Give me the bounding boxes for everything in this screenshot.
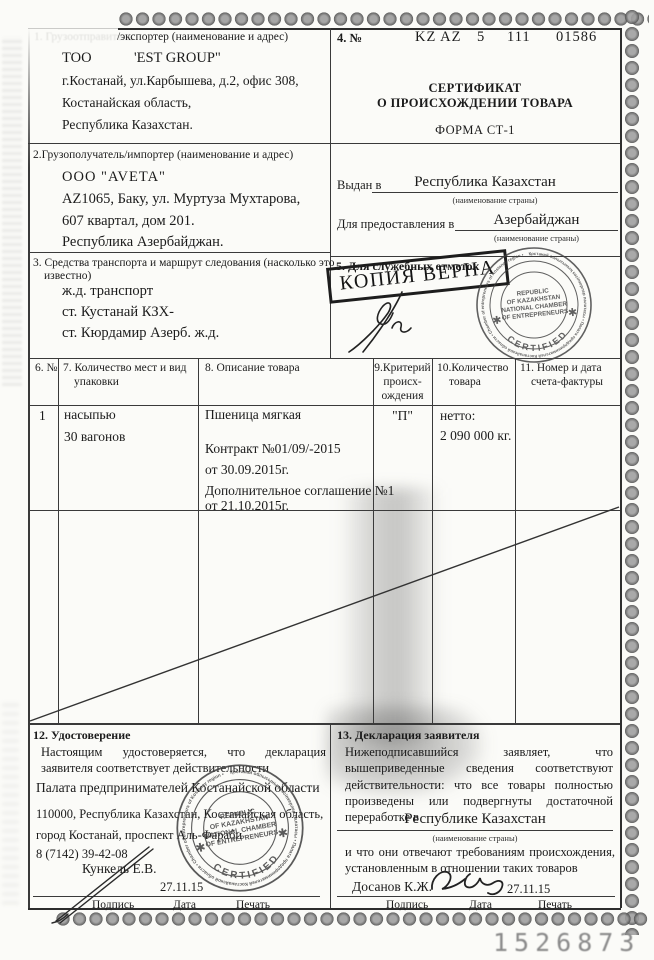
consignee-label: 2.Грузополучатель/импортер (наименование… xyxy=(33,149,293,163)
section-line xyxy=(330,28,331,358)
border-line xyxy=(118,28,621,30)
declaration-date: 27.11.15 xyxy=(507,882,550,897)
exporter-name: 'ЕST GROUP" xyxy=(134,50,221,67)
section-line xyxy=(28,723,621,725)
cert-number: 111 xyxy=(507,29,531,46)
row-packaging: насыпью xyxy=(64,407,116,423)
table-column-line xyxy=(58,358,59,723)
provided-to-value: Азербайджан xyxy=(455,212,618,229)
diagonal-strike-line xyxy=(30,507,619,721)
form-name: ФОРМА СТ-1 xyxy=(330,123,620,138)
exporter-address: г.Костанай, ул.Карбышева, д.2, офис 308, xyxy=(62,73,299,89)
col-header-9: происх- xyxy=(373,376,432,390)
exporter-address: Костанайская область, xyxy=(62,95,191,111)
signature-caption: Подпись xyxy=(386,899,428,913)
table-column-line xyxy=(198,358,199,723)
consignee-address: Республика Азербайджан. xyxy=(62,234,224,251)
row-packaging: 30 вагонов xyxy=(64,429,125,445)
declaration-person: Досанов К.Ж. xyxy=(352,879,432,895)
exporter-name: ТОО xyxy=(62,50,92,67)
underline xyxy=(372,192,618,193)
col-header-11: счета-фактуры xyxy=(531,376,603,390)
row-quantity: 2 090 000 кг. xyxy=(440,428,511,444)
underline xyxy=(455,230,618,231)
country-hint: (наименование страны) xyxy=(337,833,613,843)
provided-to-label: Для предоставления в xyxy=(337,217,454,232)
serial-number: 1526873 xyxy=(493,928,640,957)
consignee-address: AZ1065, Баку, ул. Муртуза Мухтарова, xyxy=(62,191,300,208)
row-description: Дополнительное соглашение №1 xyxy=(205,483,394,499)
chamber-round-stamp xyxy=(464,235,604,375)
scan-edge-artifact xyxy=(2,700,19,905)
transport-label: 3. Средства транспорта и маршрут следова… xyxy=(33,257,334,271)
consignee-address: 607 квартал, дом 201. xyxy=(62,213,195,230)
declaration-country: Республике Казахстан xyxy=(337,811,613,828)
country-hint: (наименование страны) xyxy=(372,195,618,205)
document-title: СЕРТИФИКАТ xyxy=(330,81,620,96)
row-description: от 30.09.2015г. xyxy=(205,462,289,478)
section-line xyxy=(28,143,621,144)
row-origin-criterion: "П" xyxy=(373,408,432,424)
row-description: Пшеница мягкая xyxy=(205,407,301,423)
underline xyxy=(337,830,613,831)
scan-smudge xyxy=(338,488,442,740)
table-column-line xyxy=(432,358,433,723)
section-line xyxy=(28,252,330,253)
row-number: 1 xyxy=(39,408,46,424)
exporter-label: /экспортер (наименование и адрес) xyxy=(117,31,288,45)
consignee-name: ООО "AVETA" xyxy=(62,169,166,186)
col-header-8: 8. Описание товара xyxy=(205,362,300,376)
certificate-of-origin-scan: 1. Грузоотправитель /экспортер (наименов… xyxy=(0,0,654,960)
border-line xyxy=(28,28,120,29)
col-header-7: упаковки xyxy=(74,376,119,390)
chamber-round-stamp xyxy=(164,752,316,904)
certification-phone: 8 (7142) 39-42-08 xyxy=(36,847,128,862)
security-border-right xyxy=(621,9,647,935)
transport-route: ст. Кустанай КЗХ- xyxy=(62,304,174,321)
table-line xyxy=(28,510,621,511)
scan-edge-artifact xyxy=(2,36,22,386)
cert-number: 01586 xyxy=(556,29,597,46)
cert-number: 5 xyxy=(477,29,484,46)
table-column-line xyxy=(515,358,516,723)
row-quantity: нетто: xyxy=(440,408,475,424)
issued-in-value: Республика Казахстан xyxy=(372,174,598,191)
col-header-9: ождения xyxy=(373,390,432,404)
declaration-paragraph2: и что они отвечают требованиям происхожд… xyxy=(345,845,615,876)
row-description: от 21.10.2015г. xyxy=(205,498,289,514)
transport-route: ж.д. транспорт xyxy=(62,283,153,300)
transport-label: известно) xyxy=(44,270,91,284)
col-header-10: товара xyxy=(449,376,481,390)
service-marks-signature xyxy=(349,292,411,352)
declaration-label: 13. Декларация заявителя xyxy=(337,728,480,743)
col-header-9: 9.Критерий xyxy=(373,362,432,376)
cert-number: KZ AZ xyxy=(415,29,461,46)
col-header-7: 7. Количество мест и вид xyxy=(63,362,187,376)
border-line xyxy=(28,28,30,908)
document-title: О ПРОИСХОЖДЕНИИ ТОВАРА xyxy=(330,96,620,111)
signature-caption: Подпись xyxy=(92,899,134,913)
section-line xyxy=(330,723,331,908)
col-header-6: 6. № xyxy=(35,362,57,376)
seal-caption: Печать xyxy=(538,899,572,913)
transport-route: ст. Кюрдамир Азерб. ж.д. xyxy=(62,325,219,342)
cert-number-label: 4. № xyxy=(337,31,362,46)
exporter-address: Республика Казахстан. xyxy=(62,117,193,133)
security-border-top xyxy=(118,9,649,30)
signature-line xyxy=(337,896,615,897)
row-description: Контракт №01/09/-2015 xyxy=(205,441,341,457)
certification-label: 12. Удостоверение xyxy=(33,728,130,743)
date-caption: Дата xyxy=(469,899,492,913)
border-line xyxy=(620,28,622,908)
certification-person: Кункель Е.В. xyxy=(82,861,156,877)
table-line xyxy=(28,405,621,406)
